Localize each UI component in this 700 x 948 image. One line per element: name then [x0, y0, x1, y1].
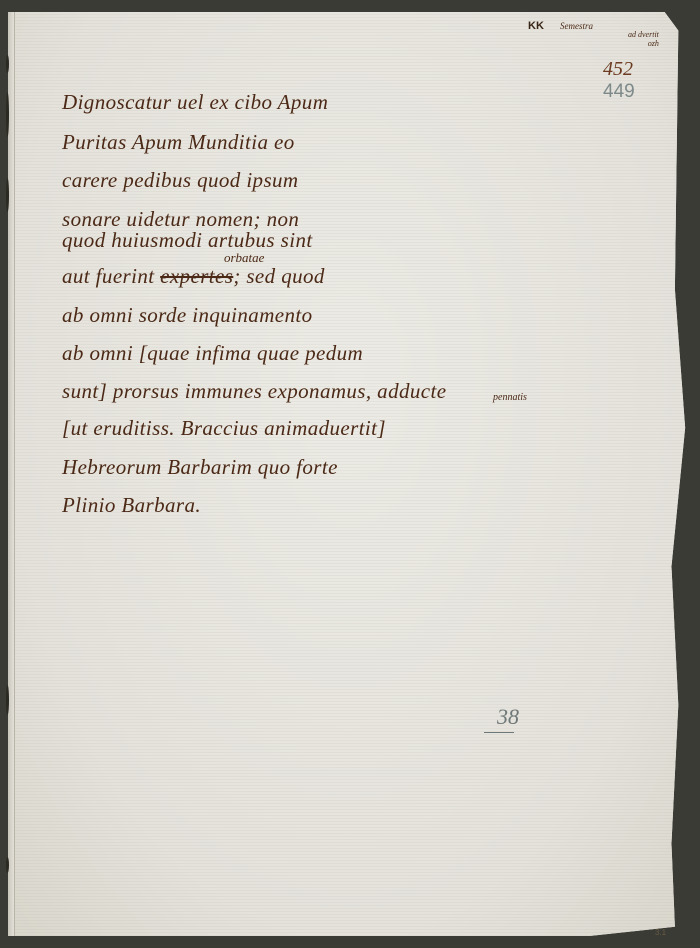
struck-word: expertes — [160, 264, 233, 288]
shelfmark: KK — [528, 20, 544, 32]
text-line: Puritas Apum Munditia eo — [62, 130, 295, 155]
text-line: quod huiusmodi artubus sint — [62, 228, 313, 253]
corner-note-line: ozh — [628, 39, 659, 48]
bottom-corner-mark: 3.1 — [655, 928, 666, 937]
text-line: ab omni sorde inquinamento — [62, 303, 313, 328]
text-line: Dignoscatur uel ex cibo Apum — [62, 90, 328, 115]
binding-stitch — [6, 178, 9, 212]
binding-stitch — [6, 685, 9, 715]
text-fragment: aut fuerint — [62, 264, 154, 288]
text-line: Plinio Barbara. — [62, 493, 201, 518]
text-line: ab omni [quae infima quae pedum — [62, 341, 363, 366]
binding-stitch — [6, 857, 9, 873]
corner-note-line: ad dvertit — [628, 30, 659, 39]
corner-note: ad dvertit ozh — [628, 30, 659, 48]
text-line: sunt] prorsus immunes exponamus, adducte — [62, 379, 446, 404]
binding-stitch — [6, 92, 9, 137]
folio-number-pencil: 449 — [603, 81, 635, 103]
margin-note: pennatis — [493, 392, 527, 403]
pencil-number: 38 — [497, 704, 519, 730]
text-line: aut fuerint expertes; sed quod — [62, 264, 325, 289]
text-line: Hebreorum Barbarim quo forte — [62, 455, 338, 480]
text-fragment: ; sed quod — [233, 264, 325, 288]
binding-gutter — [8, 12, 15, 936]
text-line: carere pedibus quod ipsum — [62, 168, 299, 193]
text-line: [ut eruditiss. Braccius animaduertit] — [62, 416, 386, 441]
shelfmark-note: Semestra — [560, 21, 593, 31]
pencil-underline — [484, 732, 514, 733]
folio-number-ink: 452 — [603, 58, 633, 81]
binding-stitch — [6, 55, 9, 73]
